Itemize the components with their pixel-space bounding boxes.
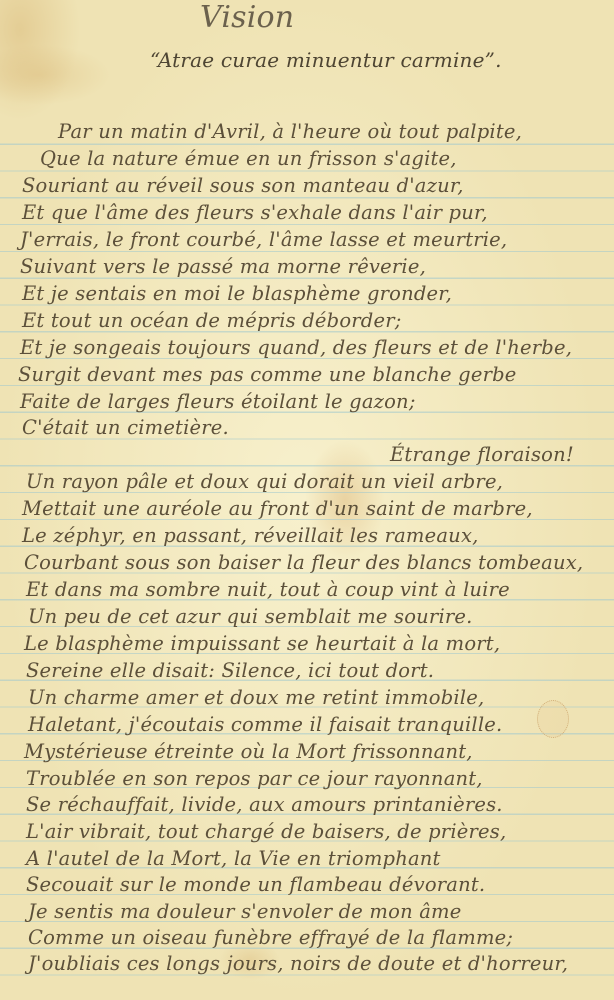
poem-line: J'oubliais ces longs jours, noirs de dou… [28, 952, 568, 975]
poem-line: Et dans ma sombre nuit, tout à coup vint… [26, 578, 510, 601]
poem-line: Suivant vers le passé ma morne rêverie, [20, 255, 426, 278]
poem-line: A l'autel de la Mort, la Vie en triompha… [26, 847, 441, 870]
poem-line: Sereine elle disait: Silence, ici tout d… [26, 659, 434, 682]
poem-line: Surgit devant mes pas comme une blanche … [18, 363, 517, 386]
poem-line: Étrange floraison! [390, 443, 574, 466]
poem-line: Troublée en son repos par ce jour rayonn… [26, 767, 483, 790]
poem-line: Courbant sous son baiser la fleur des bl… [24, 551, 583, 574]
poem-line: Souriant au réveil sous son manteau d'az… [22, 174, 464, 197]
poem-line: Haletant, j'écoutais comme il faisait tr… [28, 713, 502, 736]
poem-line: Et je sentais en moi le blasphème gronde… [22, 282, 452, 305]
poem-line: Un rayon pâle et doux qui dorait un viei… [26, 470, 503, 493]
poem-line: Comme un oiseau funèbre effrayé de la fl… [28, 926, 513, 949]
poem-line: Par un matin d'Avril, à l'heure où tout … [58, 120, 522, 143]
water-stain [537, 700, 569, 738]
poem-line: Mystérieuse étreinte où la Mort frissonn… [24, 740, 473, 763]
poem-title: Vision [200, 0, 294, 35]
poem-epigraph: “Atrae curae minuentur carmine”. [150, 48, 502, 72]
poem-line: Que la nature émue en un frisson s'agite… [40, 147, 457, 170]
poem-line: Je sentis ma douleur s'envoler de mon âm… [28, 900, 461, 923]
poem-line: Et tout un océan de mépris déborder; [22, 309, 402, 332]
poem-line: Faite de larges fleurs étoilant le gazon… [20, 390, 416, 413]
poem-line: Mettait une auréole au front d'un saint … [22, 497, 533, 520]
poem-line: Un peu de cet azur qui semblait me souri… [28, 605, 473, 628]
poem-line: C'était un cimetière. [22, 416, 229, 439]
poem-line: Le blasphème impuissant se heurtait à la… [24, 632, 500, 655]
poem-line: Le zéphyr, en passant, réveillait les ra… [22, 524, 479, 547]
poem-line: J'errais, le front courbé, l'âme lasse e… [20, 228, 507, 251]
poem-line: L'air vibrait, tout chargé de baisers, d… [26, 820, 506, 843]
poem-line: Secouait sur le monde un flambeau dévora… [26, 873, 485, 896]
poem-line: Et je songeais toujours quand, des fleur… [20, 336, 572, 359]
poem-line: Et que l'âme des fleurs s'exhale dans l'… [22, 201, 488, 224]
poem-line: Se réchauffait, livide, aux amours print… [26, 793, 503, 816]
poem-line: Un charme amer et doux me retint immobil… [28, 686, 484, 709]
